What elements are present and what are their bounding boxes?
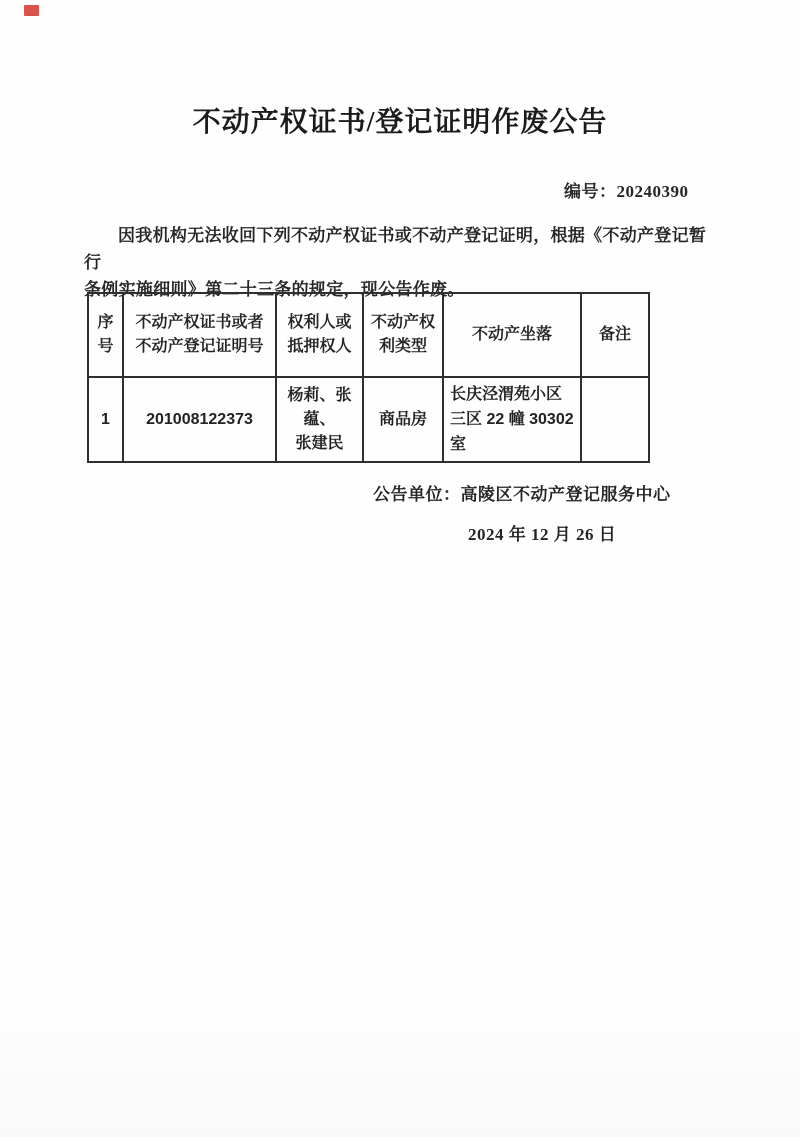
reference-number: 编号：20240390 <box>564 177 689 202</box>
cell-remark <box>581 377 649 462</box>
table-header-row: 序 号 不动产权证书或者 不动产登记证明号 权利人或 抵押权人 不动产权 利类型… <box>88 293 649 377</box>
table-row: 1 201008122373 杨莉、张蕴、 张建民 商品房 长庆泾渭苑小区三区 … <box>88 377 649 462</box>
cell-location: 长庆泾渭苑小区三区 22 幢 30302 室 <box>443 377 581 462</box>
cell-seq: 1 <box>88 377 123 462</box>
header-cert-no: 不动产权证书或者 不动产登记证明号 <box>123 293 276 377</box>
scanned-notice-page: 不动产权证书/登记证明作废公告 编号：20240390 因我机构无法收回下列不动… <box>0 0 800 1137</box>
invalidation-table: 序 号 不动产权证书或者 不动产登记证明号 权利人或 抵押权人 不动产权 利类型… <box>87 292 650 463</box>
issuer-line: 公告单位：高陵区不动产登记服务中心 <box>373 480 671 505</box>
header-holder: 权利人或 抵押权人 <box>276 293 363 377</box>
notice-body-paragraph: 因我机构无法收回下列不动产权证书或不动产登记证明，根据《不动产登记暂行 条例实施… <box>84 222 720 303</box>
red-corner-mark <box>24 5 39 16</box>
header-seq: 序 号 <box>88 293 123 377</box>
page-title: 不动产权证书/登记证明作废公告 <box>0 100 800 140</box>
date-line: 2024 年 12 月 26 日 <box>468 520 616 545</box>
cell-holder: 杨莉、张蕴、 张建民 <box>276 377 363 462</box>
header-right-type: 不动产权 利类型 <box>363 293 443 377</box>
cell-cert-no: 201008122373 <box>123 377 276 462</box>
cell-right-type: 商品房 <box>363 377 443 462</box>
header-location: 不动产坐落 <box>443 293 581 377</box>
header-remark: 备注 <box>581 293 649 377</box>
